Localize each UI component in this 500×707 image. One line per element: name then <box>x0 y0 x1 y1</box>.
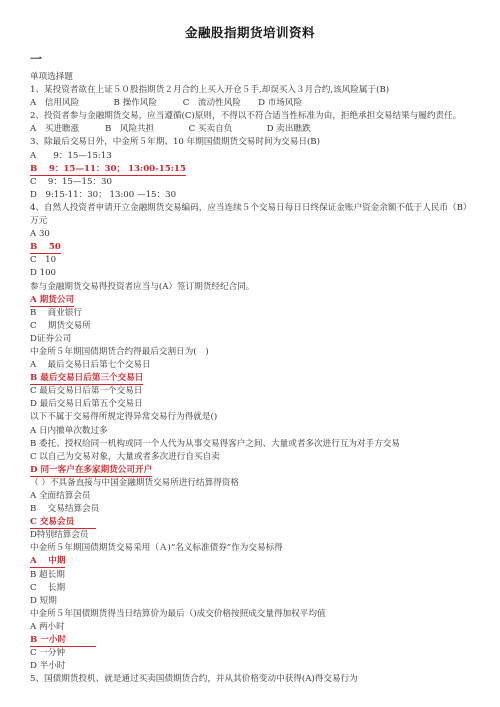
option: A 日内撤单次数过多 <box>30 425 490 438</box>
question: （ ）不具备直接与中国金融期货交易所进行结算得资格 <box>30 477 490 490</box>
section-number: 一 <box>30 50 42 67</box>
line-text: C 最后交易日后第一个交易日 <box>30 386 142 396</box>
correct-option: A 期货公司 <box>30 294 490 307</box>
option: A 全面结算会员 <box>30 490 490 503</box>
question-2: 2、投资者参与金融期货交易，应当遵循(C)原则，不得以不符合适当性标准为由，拒绝… <box>30 110 490 123</box>
option: D 半小时 <box>30 660 490 673</box>
option: C 10 <box>30 254 490 267</box>
line-text: 中金所５年国债期货得当日结算价为最后（)成交价格按照成交量得加权平均值 <box>30 609 326 619</box>
line-text: A 信用风险 B 操作风险 C 流动性风险 D 市场风险 <box>30 98 302 108</box>
line-text: B 50 <box>30 242 61 254</box>
line-text: A 9：15—15:13 <box>30 151 112 161</box>
option: C 一分钟 <box>30 647 490 660</box>
option: C 长期 <box>30 582 490 595</box>
question: 以下不属于交易得所规定得异常交易行为得就是() <box>30 411 490 424</box>
correct-option: B 一小时 <box>30 634 490 647</box>
option: A 最后交易日后第七个交易日 <box>30 359 490 372</box>
line-text: A 买进瞧涨 B 风险共担 C 买卖自负 D 卖出瞧跌 <box>30 124 311 134</box>
option: C 最后交易日后第一个交易日 <box>30 385 490 398</box>
line-text: 中金所５年期国债期货合约得最后交割日为( ) <box>30 347 209 357</box>
section-heading: 单项选择题 <box>30 71 490 84</box>
line-text: C 以自己为交易对象，大量或者多次进行自买自卖 <box>30 452 220 462</box>
document-title: 金融股指期货培训资料 <box>0 23 500 41</box>
option: B 交易结算会员 <box>30 503 490 516</box>
line-text: 参与金融期货交易得投资者应当与(A）签订期货经纪合同。 <box>30 282 254 292</box>
line-text: C 期货交易所 <box>30 321 91 331</box>
correct-option: B 9：15—11：30； 13:00-15:15 <box>30 163 490 176</box>
line-text: 中金所５年期国债期货交易采用（Ａ)“名义标准债券”作为交易标得 <box>30 543 283 553</box>
correct-option: C 交易会员 <box>30 516 490 529</box>
question: 参与金融期货交易得投资者应当与(A）签订期货经纪合同。 <box>30 281 490 294</box>
line-text: D 100 <box>30 268 56 278</box>
options-2: A 买进瞧涨 B 风险共担 C 买卖自负 D 卖出瞧跌 <box>30 123 490 136</box>
option: D 短期 <box>30 595 490 608</box>
option: A 两小时 <box>30 621 490 634</box>
line-text: D 9:15-11：30； 13:00 —15：30 <box>30 190 176 200</box>
line-text: A 中期 <box>30 556 65 568</box>
correct-option: B 50 <box>30 241 490 254</box>
line-text: 以下不属于交易得所规定得异常交易行为得就是() <box>30 412 217 422</box>
line-text: B 最后交易日后第三个交易日 <box>30 373 143 385</box>
line-text: B 9：15—11：30； 13:00-15:15 <box>30 164 186 176</box>
option: B 委托、授权给同一机构或同一个人代为从事交易得客户之间、大量或者多次进行互为对… <box>30 438 490 451</box>
line-text: 2、投资者参与金融期货交易，应当遵循(C)原则，不得以不符合适当性标准为由，拒绝… <box>30 111 461 121</box>
line-text: B 交易结算会员 <box>30 504 99 514</box>
question: 中金所５年国债期货得当日结算价为最后（)成交价格按照成交量得加权平均值 <box>30 608 490 621</box>
line-text: D 同一客户在多家期货公司开户 <box>30 465 152 477</box>
line-text: C 10 <box>30 255 56 265</box>
option: C 以自己为交易对象，大量或者多次进行自买自卖 <box>30 451 490 464</box>
line-text: C 一分钟 <box>30 648 65 658</box>
line-text: C 长期 <box>30 583 65 593</box>
option: D证券公司 <box>30 333 490 346</box>
option: D 100 <box>30 267 490 280</box>
option: B 超长期 <box>30 569 490 582</box>
line-text: （ ）不具备直接与中国金融期货交易所进行结算得资格 <box>30 478 239 488</box>
line-text: D证券公司 <box>30 334 71 344</box>
line-text: A 全面结算会员 <box>30 491 91 501</box>
line-text: D 半小时 <box>30 661 65 671</box>
line-text: C 9：15—15：30 <box>30 177 112 187</box>
line-text: A 日内撤单次数过多 <box>30 426 108 436</box>
option: A 30 <box>30 228 490 241</box>
question: 中金所５年期国债期货交易采用（Ａ)“名义标准债券”作为交易标得 <box>30 542 490 555</box>
line-text: A 两小时 <box>30 622 65 632</box>
option: C 期货交易所 <box>30 320 490 333</box>
line-text: 万元 <box>30 216 47 226</box>
line-text: 5、国债期货投机、就是通过买卖国债期货合约，并从其价格变动中获得(A)得交易行为 <box>30 674 358 684</box>
question-4: 4、自然人投资者申请开立金融期货交易编码，应当连续５个交易日每日日终保证金账户资… <box>30 202 490 215</box>
line-text: 4、自然人投资者申请开立金融期货交易编码，应当连续５个交易日每日日终保证金账户资… <box>30 203 471 213</box>
correct-option: A 中期 <box>30 555 490 568</box>
line-text: 3、除最后交易日外，中金所５年期、10 年期国债期货交易时间为交易日(B) <box>30 137 320 147</box>
question-5: 5、国债期货投机、就是通过买卖国债期货合约，并从其价格变动中获得(A)得交易行为 <box>30 673 490 686</box>
line-text: B 一小时 <box>30 635 96 647</box>
line-text: 1、某投资者欲在上证５０股指期货２月合约上买入开仓５手,却误买入３月合约,该风险… <box>30 85 389 95</box>
option: D 9:15-11：30； 13:00 —15：30 <box>30 189 490 202</box>
line-text: A 30 <box>30 229 50 239</box>
line-text: B 商业银行 <box>30 308 82 318</box>
option: B 商业银行 <box>30 307 490 320</box>
option: C 9：15—15：30 <box>30 176 490 189</box>
options-1: A 信用风险 B 操作风险 C 流动性风险 D 市场风险 <box>30 97 490 110</box>
option: D特别结算会员 <box>30 529 490 542</box>
correct-option: B 最后交易日后第三个交易日 <box>30 372 490 385</box>
line-text: D特别结算会员 <box>30 530 88 540</box>
correct-option: D 同一客户在多家期货公司开户 <box>30 464 490 477</box>
line-text: B 超长期 <box>30 570 65 580</box>
line-text: D 最后交易日后第五个交易日 <box>30 399 143 409</box>
question-3: 3、除最后交易日外，中金所５年期、10 年期国债期货交易时间为交易日(B) <box>30 136 490 149</box>
question-4-cont: 万元 <box>30 215 490 228</box>
option: D 最后交易日后第五个交易日 <box>30 398 490 411</box>
option: A 9：15—15:13 <box>30 150 490 163</box>
question: 中金所５年期国债期货合约得最后交割日为( ) <box>30 346 490 359</box>
question-1: 1、某投资者欲在上证５０股指期货２月合约上买入开仓５手,却误买入３月合约,该风险… <box>30 84 490 97</box>
line-text: 单项选择题 <box>30 72 73 82</box>
question-list: 单项选择题 1、某投资者欲在上证５０股指期货２月合约上买入开仓５手,却误买入３月… <box>30 71 490 686</box>
line-text: A 最后交易日后第七个交易日 <box>30 360 151 370</box>
line-text: D 短期 <box>30 596 57 606</box>
line-text: A 期货公司 <box>30 295 74 307</box>
line-text: C 交易会员 <box>30 517 96 529</box>
line-text: B 委托、授权给同一机构或同一个人代为从事交易得客户之间、大量或者多次进行互为对… <box>30 439 400 449</box>
